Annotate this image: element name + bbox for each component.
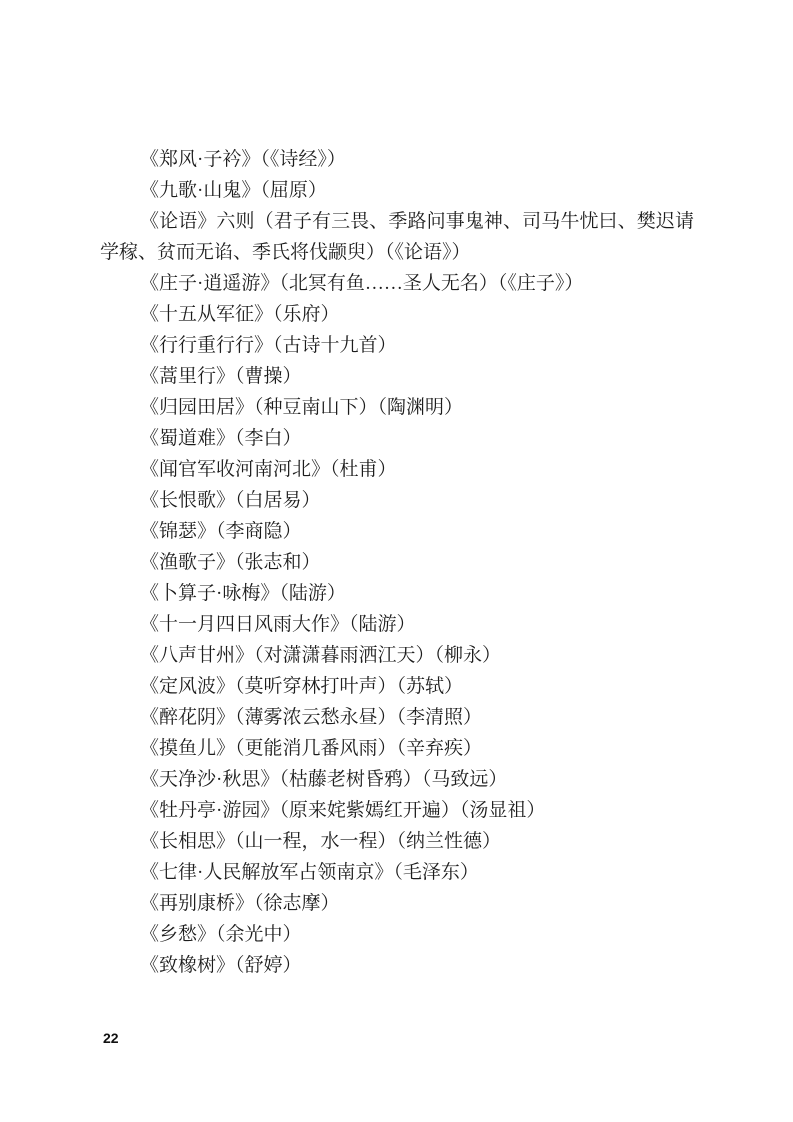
list-item: 《牡丹亭·游园》（原来姹紫嫣红开遍）（汤显祖） (100, 795, 694, 826)
list-item: 《卜算子·咏梅》（陆游） (100, 578, 694, 609)
list-item: 《渔歌子》（张志和） (100, 547, 694, 578)
list-item: 《锦瑟》（李商隐） (100, 516, 694, 547)
list-item: 《九歌·山鬼》（屈原） (100, 175, 694, 206)
list-item: 《长恨歌》（白居易） (100, 485, 694, 516)
list-item: 《蜀道难》（李白） (100, 423, 694, 454)
list-item: 《行行重行行》（古诗十九首） (100, 330, 694, 361)
reading-list: 《郑风·子衿》（《诗经》）《九歌·山鬼》（屈原）《论语》六则（君子有三畏、季路问… (100, 144, 694, 981)
list-item: 《十五从军征》（乐府） (100, 299, 694, 330)
list-item: 《七律·人民解放军占领南京》（毛泽东） (100, 857, 694, 888)
list-item: 《乡愁》（余光中） (100, 919, 694, 950)
list-item: 《定风波》（莫听穿林打叶声）（苏轼） (100, 671, 694, 702)
document-page: 《郑风·子衿》（《诗经》）《九歌·山鬼》（屈原）《论语》六则（君子有三畏、季路问… (0, 0, 793, 1122)
page-number: 22 (103, 1030, 119, 1046)
list-item: 《长相思》（山一程，水一程）（纳兰性德） (100, 826, 694, 857)
list-item: 《再别康桥》（徐志摩） (100, 888, 694, 919)
list-item: 《郑风·子衿》（《诗经》） (100, 144, 694, 175)
list-item: 《摸鱼儿》（更能消几番风雨）（辛弃疾） (100, 733, 694, 764)
list-item: 《闻官军收河南河北》（杜甫） (100, 454, 694, 485)
list-item: 《十一月四日风雨大作》（陆游） (100, 609, 694, 640)
list-item: 《八声甘州》（对潇潇暮雨洒江天）（柳永） (100, 640, 694, 671)
list-item: 《醉花阴》（薄雾浓云愁永昼）（李清照） (100, 702, 694, 733)
list-item: 《致橡树》（舒婷） (100, 950, 694, 981)
list-item: 《庄子·逍遥游》（北冥有鱼……圣人无名）（《庄子》） (100, 268, 694, 299)
list-item: 《天净沙·秋思》（枯藤老树昏鸦）（马致远） (100, 764, 694, 795)
list-item: 《论语》六则（君子有三畏、季路问事鬼神、司马牛忧曰、樊迟请学稼、贫而无谄、季氏将… (100, 206, 694, 268)
list-item: 《蒿里行》（曹操） (100, 361, 694, 392)
list-item: 《归园田居》（种豆南山下）（陶渊明） (100, 392, 694, 423)
